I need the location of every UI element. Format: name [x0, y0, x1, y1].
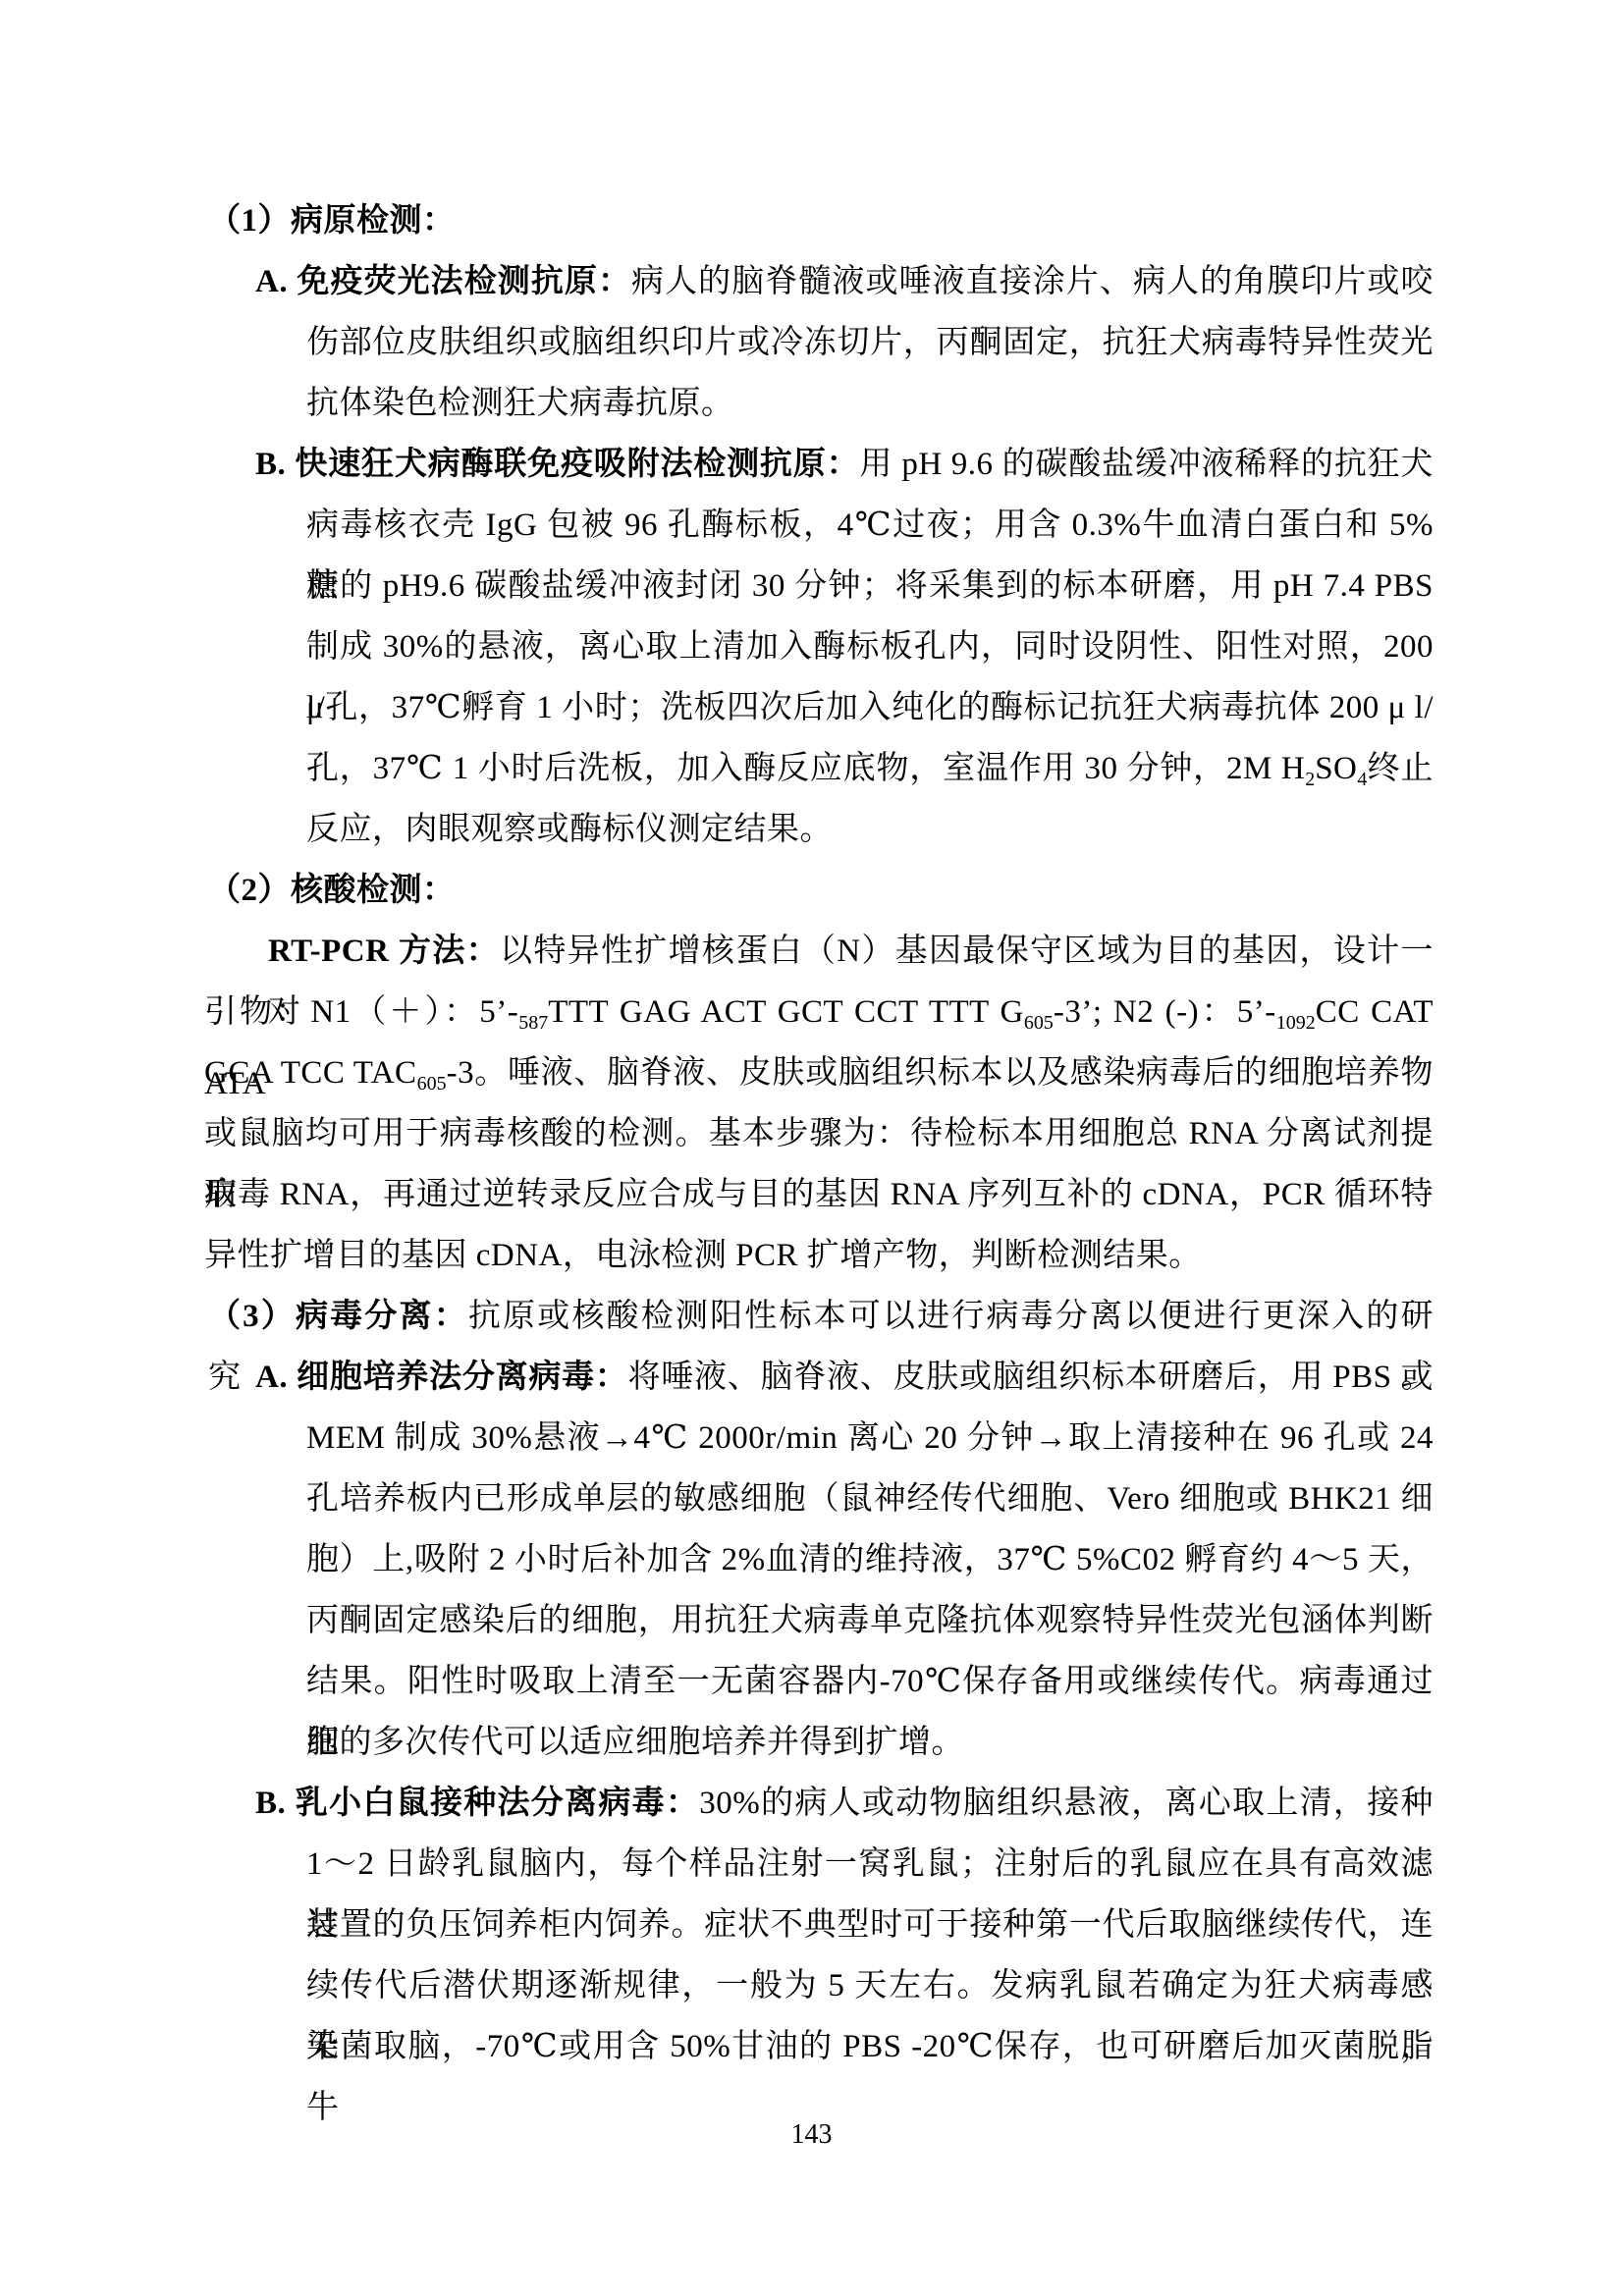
text-line: 反应，肉眼观察或酶标仪测定结果。: [306, 799, 1434, 860]
text-segment-bold: A. 免疫荧光法检测抗原：: [255, 264, 631, 299]
text-segment-subscript: 605: [417, 1073, 447, 1095]
text-segment-bold: （1）病原检测：: [208, 203, 456, 239]
text-segment: 30%的病人或动物脑组织悬液，离心取上清，接种: [699, 1786, 1434, 1821]
text-segment: 无菌取脑，-70℃或用含 50%甘油的 PBS -20℃保存，也可研磨后加灭菌脱…: [306, 2029, 1434, 2125]
text-line: GCA TCC TAC605-3。唾液、脑脊液、皮肤或脑组织标本以及感染病毒后的…: [204, 1042, 1434, 1103]
text-line: A. 免疫荧光法检测抗原：病人的脑脊髓液或唾液直接涂片、病人的角膜印片或咬: [255, 251, 1434, 312]
page-number: 143: [0, 2118, 1623, 2152]
text-segment-bold: （2）核酸检测：: [208, 873, 456, 908]
text-segment: 孔，37℃ 1 小时后洗板，加入酶反应底物，室温作用 30 分钟，2M H: [306, 751, 1305, 786]
text-segment-bold: （3）病毒分离：: [208, 1299, 468, 1334]
text-line: B. 快速狂犬病酶联免疫吸附法检测抗原：用 pH 9.6 的碳酸盐缓冲液稀释的抗…: [255, 434, 1434, 495]
text-segment: 将唾液、脑脊液、皮肤或脑组织标本研磨后，用 PBS 或: [628, 1360, 1434, 1395]
text-segment-bold: A. 细胞培养法分离病毒：: [255, 1360, 628, 1395]
text-line: 抗体染色检测狂犬病毒抗原。: [306, 373, 1434, 434]
text-segment: 病人的脑脊髓液或唾液直接涂片、病人的角膜印片或咬: [631, 264, 1434, 299]
text-line: 病毒核衣壳 IgG 包被 96 孔酶标板，4℃过夜；用含 0.3%牛血清白蛋白和…: [306, 495, 1434, 556]
text-line: l/孔，37℃孵育 1 小时；洗板四次后加入纯化的酶标记抗狂犬病毒抗体 200 …: [306, 677, 1434, 738]
text-segment: 孔培养板内已形成单层的敏感细胞（鼠神经传代细胞、Vero 细胞或 BHK21 细: [306, 1481, 1434, 1517]
text-segment: 用 pH 9.6 的碳酸盐缓冲液稀释的抗狂犬: [859, 447, 1434, 482]
text-segment-subscript: 605: [1024, 1012, 1054, 1034]
text-segment: 胞的多次传代可以适应细胞培养并得到扩增。: [306, 1725, 964, 1760]
text-segment-subscript: 4: [1357, 769, 1367, 790]
text-line: MEM 制成 30%悬液→4℃ 2000r/min 离心 20 分钟→取上清接种…: [306, 1408, 1434, 1468]
text-segment: 伤部位皮肤组织或脑组织印片或冷冻切片，丙酮固定，抗狂犬病毒特异性荧光: [306, 325, 1434, 360]
text-line: 胞）上,吸附 2 小时后补加含 2%血清的维持液，37℃ 5%C02 孵育约 4…: [306, 1529, 1434, 1590]
text-line: 续传代后潜伏期逐渐规律，一般为 5 天左右。发病乳鼠若确定为狂犬病毒感染，: [306, 1955, 1434, 2016]
text-line: 病毒 RNA，再通过逆转录反应合成与目的基因 RNA 序列互补的 cDNA，PC…: [204, 1164, 1434, 1225]
text-line: （1）病原检测：: [208, 190, 1434, 251]
text-line: 伤部位皮肤组织或脑组织印片或冷冻切片，丙酮固定，抗狂犬病毒特异性荧光: [306, 312, 1434, 373]
text-segment: 丙酮固定感染后的细胞，用抗狂犬病毒单克隆抗体观察特异性荧光包涵体判断: [306, 1603, 1434, 1638]
text-line: 引物：N1（＋）：5’-587TTT GAG ACT GCT CCT TTT G…: [204, 982, 1434, 1042]
text-segment: 异性扩增目的基因 cDNA，电泳检测 PCR 扩增产物，判断检测结果。: [204, 1238, 1202, 1273]
text-line: 糖的 pH9.6 碳酸盐缓冲液封闭 30 分钟；将采集到的标本研磨，用 pH 7…: [306, 556, 1434, 616]
text-segment: l/孔，37℃孵育 1 小时；洗板四次后加入纯化的酶标记抗狂犬病毒抗体 200 …: [306, 690, 1434, 725]
text-segment: 病毒 RNA，再通过逆转录反应合成与目的基因 RNA 序列互补的 cDNA，PC…: [204, 1177, 1434, 1212]
text-segment-subscript: 2: [1305, 769, 1315, 790]
text-segment: GCA TCC TAC: [204, 1055, 417, 1091]
text-segment: SO: [1315, 751, 1357, 786]
text-segment: -3。唾液、脑脊液、皮肤或脑组织标本以及感染病毒后的细胞培养物: [447, 1055, 1434, 1091]
text-segment-bold: RT-PCR 方法：: [268, 934, 500, 969]
text-segment-bold: B. 快速狂犬病酶联免疫吸附法检测抗原：: [255, 447, 859, 482]
text-line: 1～2 日龄乳鼠脑内，每个样品注射一窝乳鼠；注射后的乳鼠应在具有高效滤过: [306, 1834, 1434, 1895]
document-page: （1）病原检测：A. 免疫荧光法检测抗原：病人的脑脊髓液或唾液直接涂片、病人的角…: [0, 0, 1623, 2296]
text-line: 或鼠脑均可用于病毒核酸的检测。基本步骤为：待检标本用细胞总 RNA 分离试剂提取: [204, 1103, 1434, 1164]
text-line: 结果。阳性时吸取上清至一无菌容器内-70℃保存备用或继续传代。病毒通过细: [306, 1651, 1434, 1712]
text-line: （2）核酸检测：: [208, 860, 1434, 921]
text-line: 制成 30%的悬液，离心取上清加入酶标板孔内，同时设阴性、阳性对照，200 μ: [306, 616, 1434, 677]
text-segment-bold: B. 乳小白鼠接种法分离病毒：: [255, 1786, 699, 1821]
text-line: A. 细胞培养法分离病毒：将唾液、脑脊液、皮肤或脑组织标本研磨后，用 PBS 或: [255, 1347, 1434, 1408]
text-line: 异性扩增目的基因 cDNA，电泳检测 PCR 扩增产物，判断检测结果。: [204, 1225, 1434, 1286]
text-line: 孔，37℃ 1 小时后洗板，加入酶反应底物，室温作用 30 分钟，2M H2SO…: [306, 738, 1434, 799]
text-segment: 反应，肉眼观察或酶标仪测定结果。: [306, 812, 833, 847]
text-segment-subscript: 587: [518, 1012, 548, 1034]
text-segment: 抗体染色检测狂犬病毒抗原。: [306, 386, 734, 421]
text-line: B. 乳小白鼠接种法分离病毒：30%的病人或动物脑组织悬液，离心取上清，接种: [255, 1773, 1434, 1834]
text-segment: 终止: [1367, 751, 1434, 786]
text-segment: MEM 制成 30%悬液→4℃ 2000r/min 离心 20 分钟→取上清接种…: [306, 1420, 1434, 1456]
text-segment: 装置的负压饲养柜内饲养。症状不典型时可于接种第一代后取脑继续传代，连: [306, 1907, 1434, 1943]
text-segment: 糖的 pH9.6 碳酸盐缓冲液封闭 30 分钟；将采集到的标本研磨，用 pH 7…: [306, 568, 1434, 604]
document-body: （1）病原检测：A. 免疫荧光法检测抗原：病人的脑脊髓液或唾液直接涂片、病人的角…: [204, 190, 1434, 2077]
text-segment: 引物：N1（＋）：5’-: [204, 994, 518, 1030]
text-segment: 胞）上,吸附 2 小时后补加含 2%血清的维持液，37℃ 5%C02 孵育约 4…: [306, 1542, 1434, 1577]
text-line: 无菌取脑，-70℃或用含 50%甘油的 PBS -20℃保存，也可研磨后加灭菌脱…: [306, 2016, 1434, 2077]
text-line: RT-PCR 方法：以特异性扩增核蛋白（N）基因最保守区域为目的基因，设计一对: [268, 921, 1434, 982]
text-line: 胞的多次传代可以适应细胞培养并得到扩增。: [306, 1712, 1434, 1773]
text-line: 孔培养板内已形成单层的敏感细胞（鼠神经传代细胞、Vero 细胞或 BHK21 细: [306, 1468, 1434, 1529]
text-line: （3）病毒分离：抗原或核酸检测阳性标本可以进行病毒分离以便进行更深入的研究。: [208, 1286, 1434, 1347]
text-line: 丙酮固定感染后的细胞，用抗狂犬病毒单克隆抗体观察特异性荧光包涵体判断: [306, 1590, 1434, 1651]
text-segment: TTT GAG ACT GCT CCT TTT G: [548, 994, 1024, 1030]
text-line: 装置的负压饲养柜内饲养。症状不典型时可于接种第一代后取脑继续传代，连: [306, 1895, 1434, 1955]
text-segment-subscript: 1092: [1276, 1012, 1316, 1034]
text-segment: -3’; N2 (-)：5’-: [1054, 994, 1276, 1030]
